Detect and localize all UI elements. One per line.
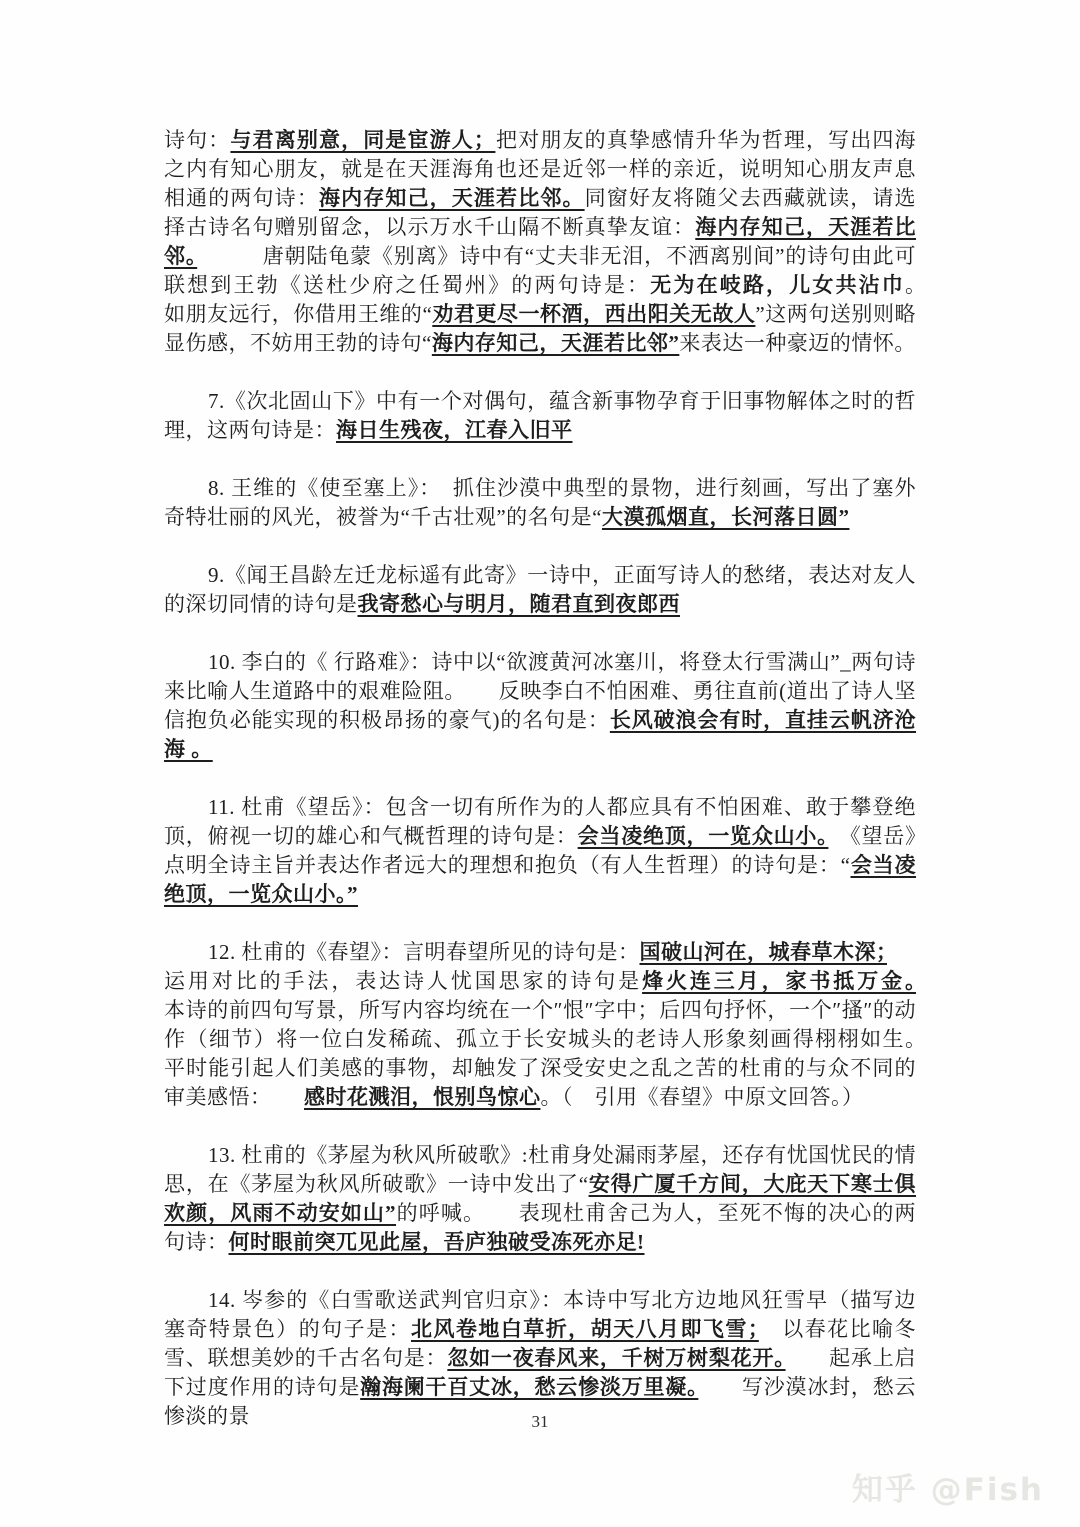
text-segment: 劝君更尽一杯酒，西出阳关无故人 (432, 302, 755, 326)
document-page: 诗句：与君离别意，同是宦游人；把对朋友的真挚感情升华为哲理，写出四海之内有知心朋… (0, 0, 1080, 1527)
text-segment: 诗句： (164, 128, 230, 152)
text-segment: 。（ 引用《春望》中原文回答。） (541, 1085, 864, 1109)
text-segment: _ (840, 650, 851, 674)
document-body: 诗句：与君离别意，同是宦游人；把对朋友的真挚感情升华为哲理，写出四海之内有知心朋… (164, 126, 916, 1460)
text-segment: 国破山河在，城春草木深； (640, 940, 888, 964)
paragraph-3: 8. 王维的《使至塞上》： 抓住沙漠中典型的景物，进行刻画，写出了塞外奇特壮丽的… (164, 474, 916, 532)
text-segment: 来表达一种豪迈的情怀。 (679, 331, 916, 355)
text-segment: 我寄愁心与明月，随君直到夜郎西 (358, 592, 681, 616)
paragraph-8: 13. 杜甫的《茅屋为秋风所破歌》:杜甫身处漏雨茅屋，还存有忧国忧民的情思，在《… (164, 1141, 916, 1257)
paragraph-9: 14. 岑参的《白雪歌送武判官归京》：本诗中写北方边地风狂雪早（描写边塞奇特景色… (164, 1286, 916, 1431)
text-segment: 北风卷地白草折，胡天八月即飞雪； (411, 1317, 759, 1341)
text-segment: 烽火连三月，家书抵万金。 (642, 969, 916, 993)
watermark: 知乎 @Fish (852, 1464, 1044, 1509)
paragraph-5: 10. 李白的《 行路难》：诗中以“欲渡黄河冰塞川，将登太行雪满山”_两句诗来比… (164, 648, 916, 764)
text-segment: 感时花溅泪，恨别鸟惊心 (304, 1085, 541, 1109)
text-segment: 瀚海阑干百丈冰，愁云惨淡万里凝。 (360, 1375, 698, 1399)
text-segment: 海内存知己，天涯若比邻” (432, 331, 680, 355)
text-segment: 10. 李白的《 行路难》：诗中以“欲渡黄河冰塞川，将登太行雪满山” (208, 650, 840, 674)
text-segment: 与君离别意，同是宦游人； (230, 128, 495, 152)
text-segment: 会当凌绝顶，一览众山小。 (578, 824, 829, 848)
paragraph-1: 诗句：与君离别意，同是宦游人；把对朋友的真挚感情升华为哲理，写出四海之内有知心朋… (164, 126, 916, 358)
paragraph-2: 7.《次北固山下》中有一个对偶句，蕴含新事物孕育于旧事物解体之时的哲理，这两句诗… (164, 387, 916, 445)
text-segment: 12. 杜甫的《春望》：言明春望所见的诗句是： (208, 940, 640, 964)
paragraph-4: 9.《闻王昌龄左迁龙标遥有此寄》一诗中，正面写诗人的愁绪，表达对友人的深切同情的… (164, 561, 916, 619)
text-segment: 大漠孤烟直，长河落日圆” (602, 505, 850, 529)
paragraph-7: 12. 杜甫的《春望》：言明春望所见的诗句是：国破山河在，城春草木深； 运用对比… (164, 938, 916, 1112)
text-segment: 忽如一夜春风来，千树万树梨花开。 (447, 1346, 785, 1370)
text-segment: 何时眼前突兀见此屋，吾庐独破受冻死亦足! (229, 1230, 645, 1254)
paragraph-6: 11. 杜甫《望岳》：包含一切有所作为的人都应具有不怕困难、敢于攀登绝顶，俯视一… (164, 793, 916, 909)
text-segment: 海内存知己，天涯若比邻。 (319, 186, 585, 210)
page-number: 31 (0, 1412, 1080, 1432)
text-segment: 海日生残夜，江春入旧平 (336, 418, 573, 442)
text-segment: 无为在岐路，儿女共沾巾 (650, 273, 905, 297)
